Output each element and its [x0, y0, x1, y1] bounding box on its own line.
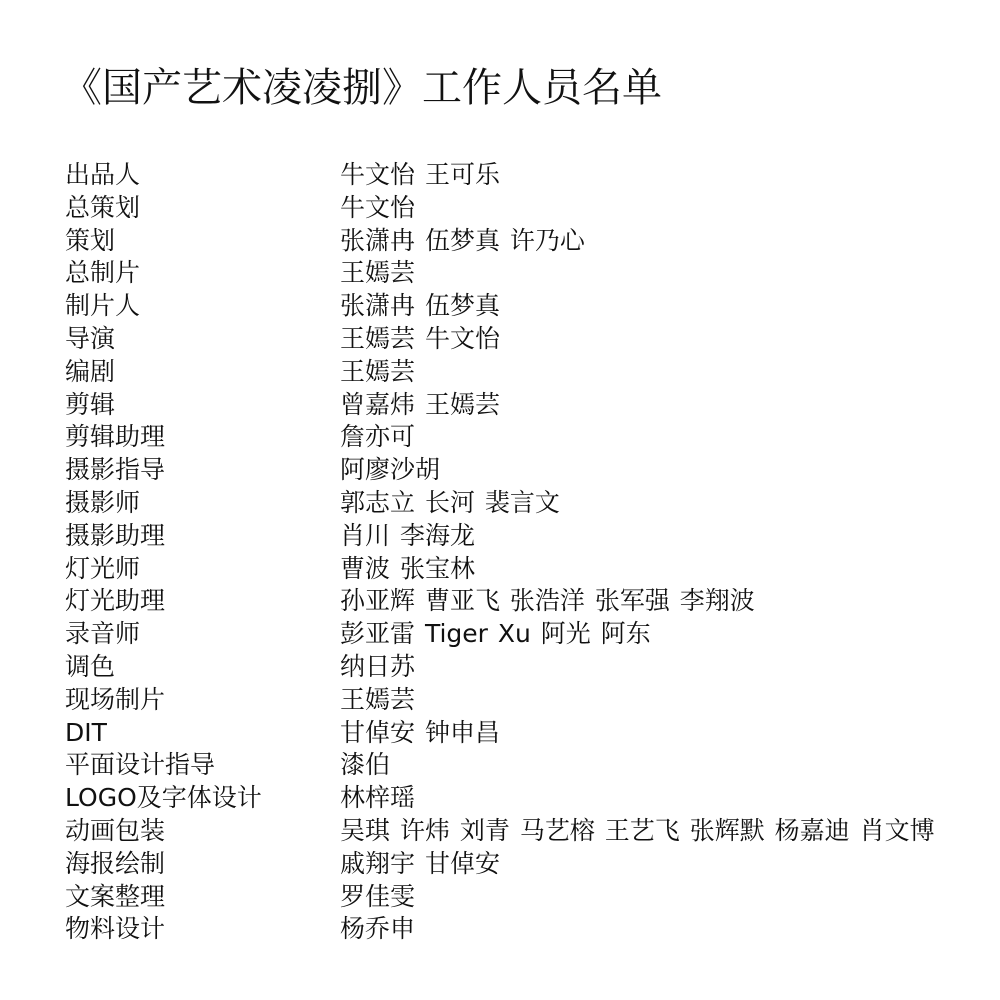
credit-role: 编剧	[65, 356, 340, 389]
credit-row: 剪辑 曾嘉炜 王嫣芸	[65, 389, 985, 422]
credit-row: 动画包装 吴琪 许炜 刘青 马艺榕 王艺飞 张辉默 杨嘉迪 肖文博	[65, 815, 985, 848]
credit-row: 录音师 彭亚雷 Tiger Xu 阿光 阿东	[65, 618, 985, 651]
credit-row: LOGO及字体设计 林梓瑶	[65, 782, 985, 815]
credit-names: 甘倬安 钟申昌	[340, 717, 985, 750]
credit-names: 曹波 张宝林	[340, 553, 985, 586]
credit-row: DIT 甘倬安 钟申昌	[65, 717, 985, 750]
credit-row: 文案整理 罗佳雯	[65, 881, 985, 914]
credit-row: 摄影助理 肖川 李海龙	[65, 520, 985, 553]
credit-names: 王嫣芸	[340, 356, 985, 389]
credit-row: 现场制片 王嫣芸	[65, 684, 985, 717]
credit-role: 摄影师	[65, 487, 340, 520]
credit-role: 平面设计指导	[65, 749, 340, 782]
credit-names: 孙亚辉 曹亚飞 张浩洋 张军强 李翔波	[340, 585, 985, 618]
credit-names: 牛文怡 王可乐	[340, 159, 985, 192]
credit-role: 摄影助理	[65, 520, 340, 553]
credit-names: 漆伯	[340, 749, 985, 782]
credit-role: 策划	[65, 225, 340, 258]
credit-names: 杨乔申	[340, 913, 985, 946]
credit-names: 罗佳雯	[340, 881, 985, 914]
credit-row: 剪辑助理 詹亦可	[65, 421, 985, 454]
credit-names: 张潇冉 伍梦真	[340, 290, 985, 323]
credit-row: 导演 王嫣芸 牛文怡	[65, 323, 985, 356]
credit-role: 灯光助理	[65, 585, 340, 618]
credit-names: 王嫣芸	[340, 257, 985, 290]
credit-row: 灯光助理 孙亚辉 曹亚飞 张浩洋 张军强 李翔波	[65, 585, 985, 618]
credit-row: 策划 张潇冉 伍梦真 许乃心	[65, 225, 985, 258]
credit-names: 戚翔宇 甘倬安	[340, 848, 985, 881]
credit-names: 王嫣芸	[340, 684, 985, 717]
credit-role: 剪辑	[65, 389, 340, 422]
credit-role: 制片人	[65, 290, 340, 323]
credit-row: 灯光师 曹波 张宝林	[65, 553, 985, 586]
credit-names: 林梓瑶	[340, 782, 985, 815]
credit-role: DIT	[65, 717, 340, 750]
credit-row: 总制片 王嫣芸	[65, 257, 985, 290]
credit-role: 动画包装	[65, 815, 340, 848]
credits-list: 出品人 牛文怡 王可乐 总策划 牛文怡 策划 张潇冉 伍梦真 许乃心 总制片 王…	[65, 159, 985, 946]
credit-names: 纳日苏	[340, 651, 985, 684]
credit-names: 阿廖沙胡	[340, 454, 985, 487]
credit-row: 编剧 王嫣芸	[65, 356, 985, 389]
credit-names: 牛文怡	[340, 192, 985, 225]
credit-row: 物料设计 杨乔申	[65, 913, 985, 946]
credit-role: 总制片	[65, 257, 340, 290]
page-title: 《国产艺术凌凌捌》工作人员名单	[62, 62, 662, 114]
credit-names: 王嫣芸 牛文怡	[340, 323, 985, 356]
credit-role: 灯光师	[65, 553, 340, 586]
credit-role: 总策划	[65, 192, 340, 225]
credit-row: 出品人 牛文怡 王可乐	[65, 159, 985, 192]
credit-role: 现场制片	[65, 684, 340, 717]
credit-names: 肖川 李海龙	[340, 520, 985, 553]
credit-names: 彭亚雷 Tiger Xu 阿光 阿东	[340, 618, 985, 651]
credit-names: 詹亦可	[340, 421, 985, 454]
credit-names: 曾嘉炜 王嫣芸	[340, 389, 985, 422]
credit-row: 摄影师 郭志立 长河 裴言文	[65, 487, 985, 520]
credit-names: 郭志立 长河 裴言文	[340, 487, 985, 520]
credit-role: 摄影指导	[65, 454, 340, 487]
credit-names: 张潇冉 伍梦真 许乃心	[340, 225, 985, 258]
credit-row: 摄影指导 阿廖沙胡	[65, 454, 985, 487]
credit-role: 出品人	[65, 159, 340, 192]
credit-row: 制片人 张潇冉 伍梦真	[65, 290, 985, 323]
credit-role: 录音师	[65, 618, 340, 651]
credit-role: 剪辑助理	[65, 421, 340, 454]
credit-role: 文案整理	[65, 881, 340, 914]
credit-role: 导演	[65, 323, 340, 356]
credit-row: 海报绘制 戚翔宇 甘倬安	[65, 848, 985, 881]
credit-row: 总策划 牛文怡	[65, 192, 985, 225]
credit-role: 海报绘制	[65, 848, 340, 881]
credit-row: 调色 纳日苏	[65, 651, 985, 684]
credit-names: 吴琪 许炜 刘青 马艺榕 王艺飞 张辉默 杨嘉迪 肖文博	[340, 815, 985, 848]
credit-role: 调色	[65, 651, 340, 684]
credit-role: 物料设计	[65, 913, 340, 946]
credit-role: LOGO及字体设计	[65, 782, 340, 815]
credit-row: 平面设计指导 漆伯	[65, 749, 985, 782]
